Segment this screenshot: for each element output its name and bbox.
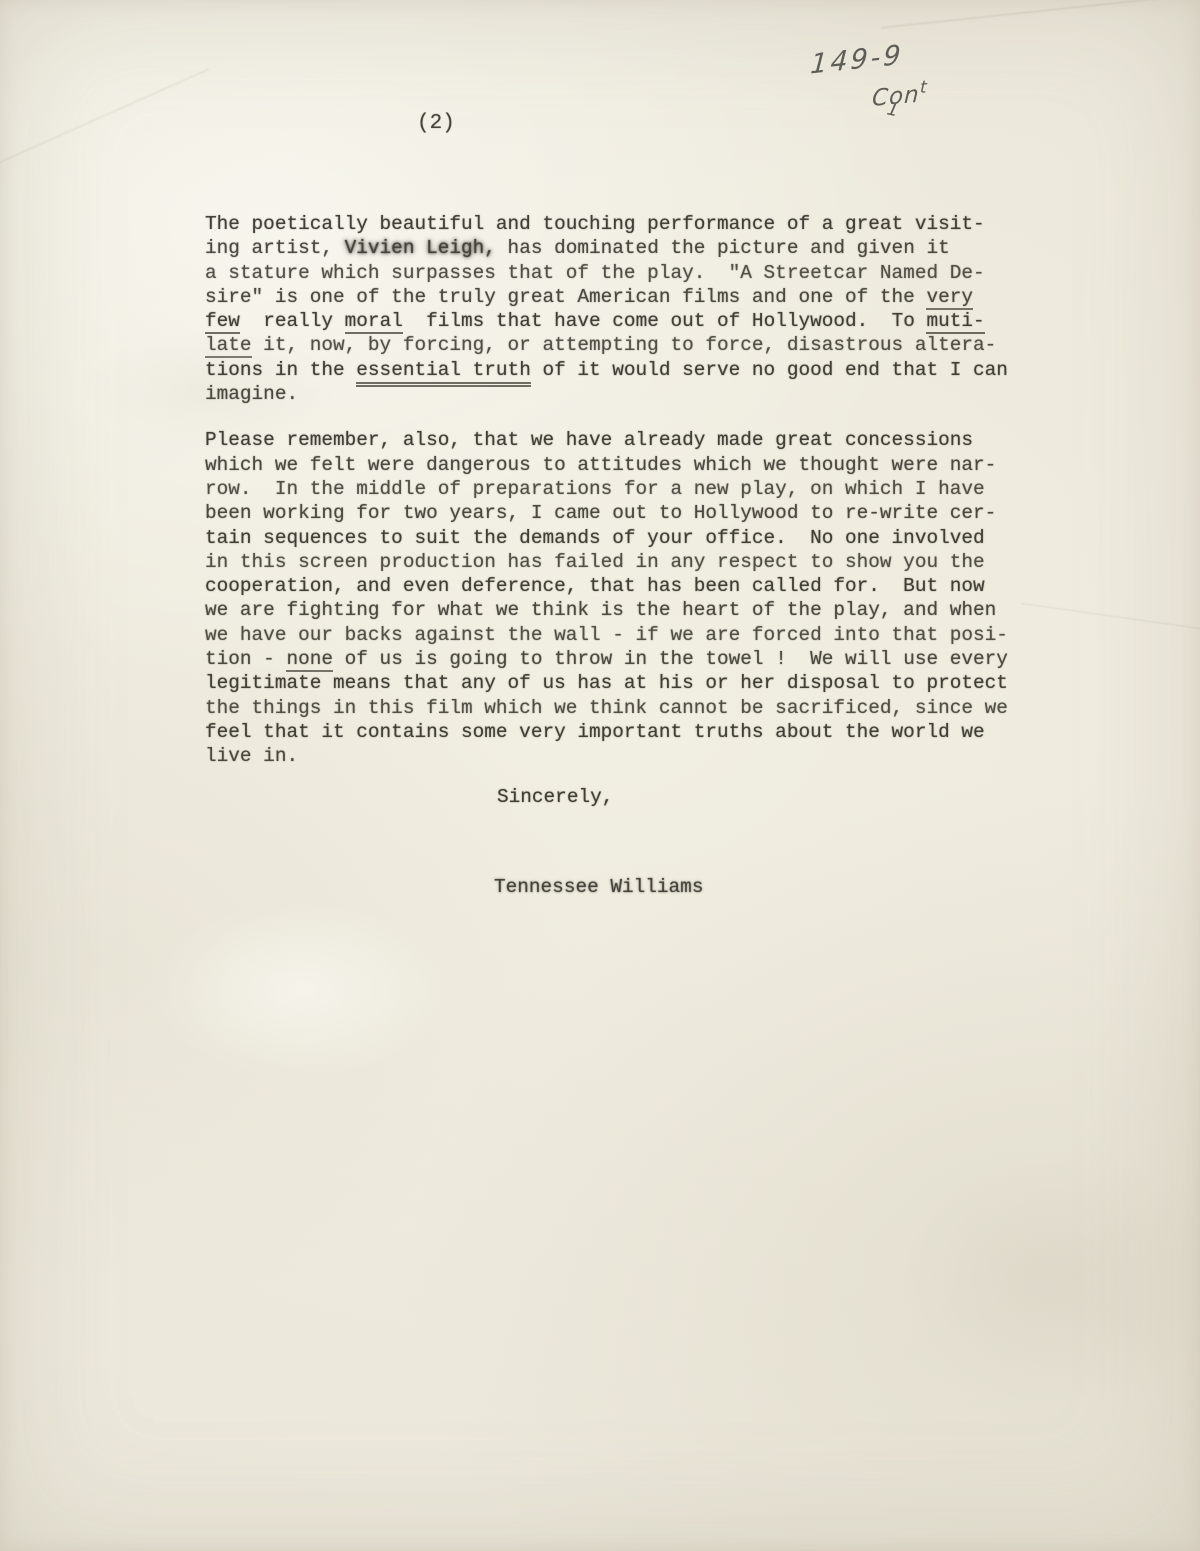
underlined-text: few xyxy=(205,310,240,334)
typed-text: tions in the xyxy=(205,359,356,381)
typed-line: tain sequences to suit the demands of yo… xyxy=(205,526,1008,550)
closing-sincerely: Sincerely, xyxy=(497,786,613,808)
typed-line: ing artist, Vivien Leigh, has dominated … xyxy=(205,236,1008,260)
typed-line: which we felt were dangerous to attitude… xyxy=(205,453,1008,477)
typed-line: we are fighting for what we think is the… xyxy=(205,598,1008,622)
typed-line: few really moral films that have come ou… xyxy=(205,309,1008,333)
typed-text: really xyxy=(240,310,345,332)
typed-text: the things in this film which we think c… xyxy=(205,697,1008,719)
underlined-text: very xyxy=(926,286,973,310)
letter-body: The poetically beautiful and touching pe… xyxy=(205,212,1008,791)
typed-text: of us is going to throw in the towel ! W… xyxy=(333,648,1008,670)
scanned-page: (2) 149-9 Cont 1 The poetically beautifu… xyxy=(0,0,1200,1551)
typed-text: tion - xyxy=(205,648,286,670)
typed-text: which we felt were dangerous to attitude… xyxy=(205,454,996,476)
paragraph: The poetically beautiful and touching pe… xyxy=(205,212,1008,406)
underlined-text: none xyxy=(286,648,333,672)
typed-line: we have our backs against the wall - if … xyxy=(205,623,1008,647)
typed-text: tain sequences to suit the demands of yo… xyxy=(205,527,985,549)
typed-line: cooperation, and even deference, that ha… xyxy=(205,574,1008,598)
underlined-text: moral xyxy=(345,310,403,334)
typed-text: sire" is one of the truly great American… xyxy=(205,286,926,308)
typed-text: it, now, by forcing, or attempting to fo… xyxy=(252,334,997,356)
underlined-text: muti- xyxy=(926,310,984,334)
typed-text: has dominated the picture and given it xyxy=(496,237,950,259)
paper-stain xyxy=(150,900,450,1080)
typed-line: imagine. xyxy=(205,382,1008,406)
typed-text: legitimate means that any of us has at h… xyxy=(205,672,1008,694)
typed-line: tions in the essential truth of it would… xyxy=(205,358,1008,382)
typed-text: The poetically beautiful and touching pe… xyxy=(205,213,985,235)
typed-line: tion - none of us is going to throw in t… xyxy=(205,647,1008,671)
paper-crease xyxy=(1021,602,1200,641)
typed-line: in this screen production has failed in … xyxy=(205,550,1008,574)
typed-line: legitimate means that any of us has at h… xyxy=(205,671,1008,695)
paragraph: Please remember, also, that we have alre… xyxy=(205,428,1008,768)
typed-line: a stature which surpasses that of the pl… xyxy=(205,261,1008,285)
typed-line: row. In the middle of preparations for a… xyxy=(205,477,1008,501)
typed-line: Please remember, also, that we have alre… xyxy=(205,428,1008,452)
typed-text: we have our backs against the wall - if … xyxy=(205,624,1008,646)
signature-name: Tennessee Williams xyxy=(494,876,703,898)
typed-line: sire" is one of the truly great American… xyxy=(205,285,1008,309)
typed-line: feel that it contains some very importan… xyxy=(205,720,1008,744)
typed-text: films that have come out of Hollywood. T… xyxy=(403,310,927,332)
typed-text: we are fighting for what we think is the… xyxy=(205,599,996,621)
typed-line: the things in this film which we think c… xyxy=(205,696,1008,720)
paper-crease xyxy=(881,0,1200,30)
typed-text: row. In the middle of preparations for a… xyxy=(205,478,985,500)
annotation-cont-sup: t xyxy=(919,77,928,98)
typed-line: late it, now, by forcing, or attempting … xyxy=(205,333,1008,357)
smudged-text: Vivien Leigh, xyxy=(345,237,496,259)
typed-text: feel that it contains some very importan… xyxy=(205,721,985,743)
typed-text: in this screen production has failed in … xyxy=(205,551,985,573)
paper-stain xyxy=(900,1150,1200,1410)
typed-text: cooperation, and even deference, that ha… xyxy=(205,575,985,597)
typed-text: a stature which surpasses that of the pl… xyxy=(205,262,985,284)
underlined-text: late xyxy=(205,334,252,358)
typed-text: imagine. xyxy=(205,383,298,405)
handwritten-annotation: 149-9 Cont 1 xyxy=(810,40,990,130)
typed-text: of it would serve no good end that I can xyxy=(531,359,1008,381)
typed-line: live in. xyxy=(205,744,1008,768)
paper-crease xyxy=(0,67,210,176)
typed-text: live in. xyxy=(205,745,298,767)
page-number: (2) xyxy=(417,112,455,135)
typed-text: Please remember, also, that we have alre… xyxy=(205,429,973,451)
typed-text: been working for two years, I came out t… xyxy=(205,502,996,524)
typed-text: ing artist, xyxy=(205,237,345,259)
typed-line: been working for two years, I came out t… xyxy=(205,501,1008,525)
typed-line: The poetically beautiful and touching pe… xyxy=(205,212,1008,236)
